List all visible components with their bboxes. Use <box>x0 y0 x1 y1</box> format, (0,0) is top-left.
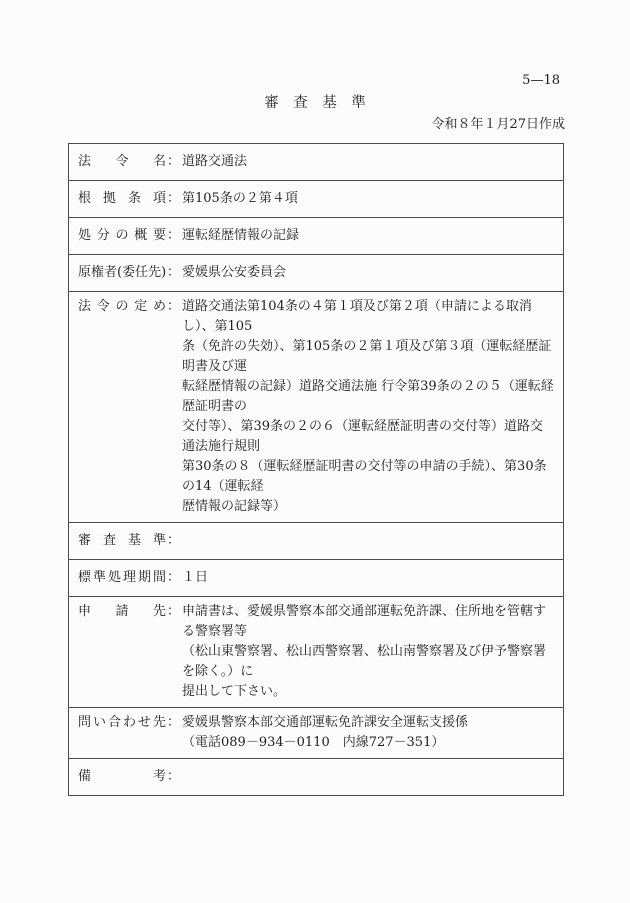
label-separator: ： <box>166 568 182 588</box>
row-original-authority: 原権者(委任先)：愛媛県公安委員会 <box>69 254 563 291</box>
row-value: 愛媛県公安委員会 <box>182 263 555 283</box>
row-label: 処分の概要 <box>78 226 166 246</box>
created-date: 令和８年１月27日作成 <box>0 117 630 132</box>
row-value: 道路交通法第104条の４第１項及び第２項（申請による取消し）、第105 条（免許… <box>182 297 555 517</box>
criteria-table: 法令名：道路交通法 根拠条項：第105条の２第４項 処分の概要：運転経歴情報の記… <box>68 143 564 796</box>
row-label: 申請先 <box>78 602 166 622</box>
page-number: 5—18 <box>0 74 630 88</box>
row-disposition-summary: 処分の概要：運転経歴情報の記録 <box>69 217 563 254</box>
row-value <box>182 531 555 551</box>
row-value: 第105条の２第４項 <box>182 189 555 209</box>
row-contact: 問い合わせ先：愛媛県警察本部交通部運転免許課安全運転支援係 （電話089－934… <box>69 707 563 758</box>
row-label: 法令の定め <box>78 297 166 317</box>
document-page: 5—18 審 査 基 準 令和８年１月27日作成 法令名：道路交通法 根拠条項：… <box>0 0 630 903</box>
row-label: 法令名 <box>78 152 166 172</box>
row-law-name: 法令名：道路交通法 <box>69 144 563 180</box>
row-remarks: 備考： <box>69 758 563 795</box>
label-separator: ： <box>166 226 182 246</box>
row-label: 原権者(委任先) <box>78 263 166 283</box>
label-separator: ： <box>166 713 182 733</box>
row-label: 標準処理期間 <box>78 568 166 588</box>
row-legal-provisions: 法令の定め：道路交通法第104条の４第１項及び第２項（申請による取消し）、第10… <box>69 291 563 522</box>
row-legal-basis: 根拠条項：第105条の２第４項 <box>69 180 563 217</box>
row-value: 愛媛県警察本部交通部運転免許課安全運転支援係 （電話089－934－0110 内… <box>182 713 555 753</box>
row-value: 申請書は、愛媛県警察本部交通部運転免許課、住所地を管轄する警察署等 （松山東警察… <box>182 602 555 702</box>
label-separator: ： <box>166 263 182 283</box>
row-label: 備考 <box>78 767 166 787</box>
row-value <box>182 767 555 787</box>
document-title: 審 査 基 準 <box>0 95 630 111</box>
row-application-destination: 申請先：申請書は、愛媛県警察本部交通部運転免許課、住所地を管轄する警察署等 （松… <box>69 596 563 707</box>
row-label: 審査基準 <box>78 531 166 551</box>
row-examination-criteria: 審査基準： <box>69 522 563 559</box>
label-separator: ： <box>166 297 182 317</box>
label-separator: ： <box>166 189 182 209</box>
label-separator: ： <box>166 602 182 622</box>
label-separator: ： <box>166 531 182 551</box>
row-label: 根拠条項 <box>78 189 166 209</box>
label-separator: ： <box>166 152 182 172</box>
row-value: 運転経歴情報の記録 <box>182 226 555 246</box>
row-value: 道路交通法 <box>182 152 555 172</box>
row-label: 問い合わせ先 <box>78 713 166 733</box>
label-separator: ： <box>166 767 182 787</box>
row-value: １日 <box>182 568 555 588</box>
row-standard-processing-period: 標準処理期間：１日 <box>69 559 563 596</box>
